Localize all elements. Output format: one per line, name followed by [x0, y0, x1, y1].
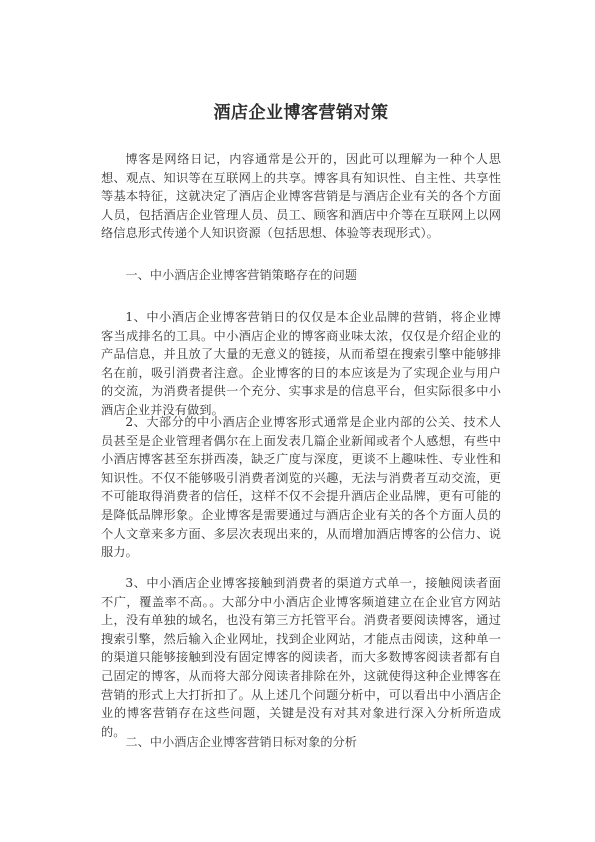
section-1-heading: 一、中小酒店企业博客营销策略存在的问题: [101, 266, 501, 285]
section-1-paragraph-1: 1、中小酒店企业博客营销日的仅仅是本企业品牌的营销，将企业博客当成排名的工具。中…: [101, 308, 501, 420]
section-1-paragraph-2: 2、大部分的中小酒店企业博客形式通常是企业内部的公关、技术人员甚至是企业管理者偶…: [101, 413, 501, 562]
section-2-heading: 二、中小酒店企业博客营销日标对象的分析: [101, 733, 501, 752]
document-title: 酒店企业博客营销对策: [101, 98, 501, 123]
intro-paragraph: 博客是网络日记，内容通常是公开的，因此可以理解为一种个人思想、观点、知识等在互联…: [101, 150, 501, 243]
section-1-paragraph-3: 3、中小酒店企业博客接触到消费者的渠道方式单一，接触阅读者面不广，覆盖率不高。。…: [101, 574, 501, 741]
